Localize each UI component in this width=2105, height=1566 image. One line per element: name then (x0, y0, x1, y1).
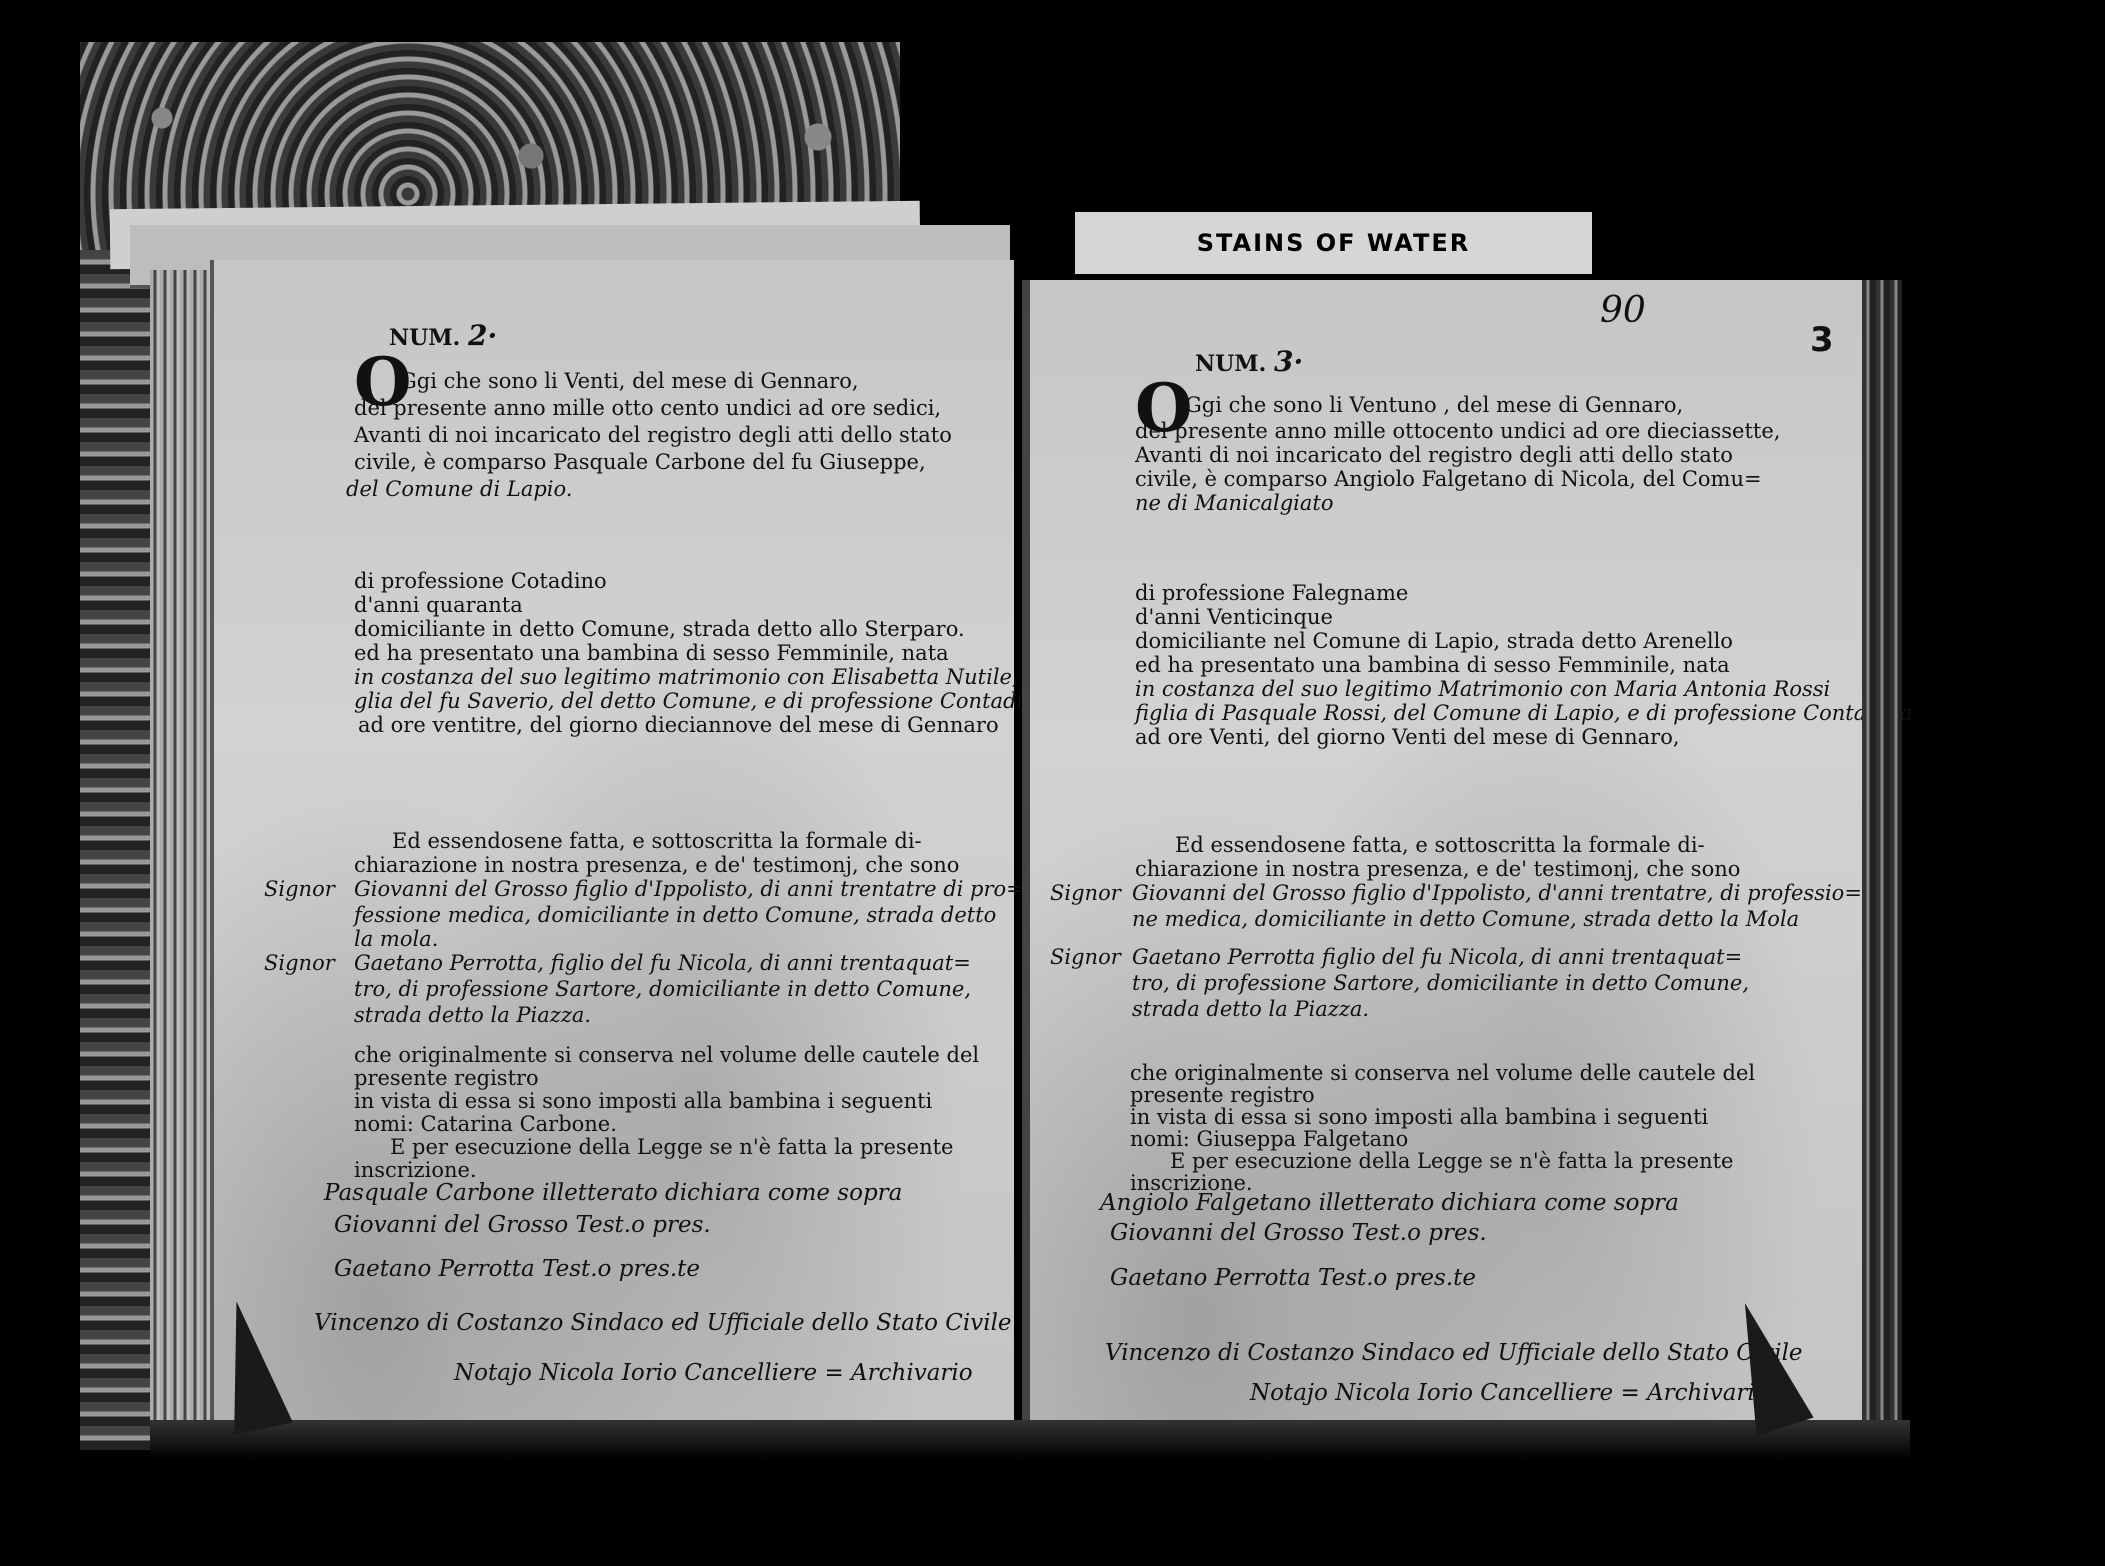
witness-2-line-2: tro, di professione Sartore, domiciliant… (354, 976, 971, 1003)
signature-witness-1: Giovanni del Grosso Test.o pres. (334, 1212, 711, 1239)
witness-1-line-1: Giovanni del Grosso figlio d'Ippolisto, … (1132, 880, 1862, 907)
opening-line-3: Avanti di noi incaricato del registro de… (354, 422, 952, 449)
opening-line-1: Ggi che sono li Venti, del mese di Genna… (400, 368, 859, 395)
stains-of-water-label: STAINS OF WATER (1075, 212, 1592, 274)
witness-2-line-3: strada detto la Piazza. (354, 1002, 591, 1029)
profession-line-5: in costanza del suo legitimo Matrimonio … (1135, 676, 1830, 703)
folio-number: 90 (1600, 290, 1646, 331)
witness-2-line-3: strada detto la Piazza. (1132, 996, 1369, 1023)
signature-declarant: Pasquale Carbone illetterato dichiara co… (324, 1180, 902, 1207)
page-number: 3 (1810, 320, 1834, 360)
opening-line-3: Avanti di noi incaricato del registro de… (1135, 442, 1733, 469)
signature-witness-2: Gaetano Perrotta Test.o pres.te (1110, 1265, 1476, 1292)
signor-label-1: Signor (264, 876, 335, 903)
signature-mayor: Vincenzo di Costanzo Sindaco ed Ufficial… (314, 1310, 1012, 1337)
profession-line-3: domiciliante nel Comune di Lapio, strada… (1135, 628, 1733, 655)
profession-line-6: figlia di Pasquale Rossi, del Comune di … (1135, 700, 1912, 727)
declaration-line-2: chiarazione in nostra presenza, e de' te… (354, 852, 959, 879)
profession-line-2: d'anni Venticinque (1135, 604, 1333, 631)
opening-line-4: civile, è comparso Pasquale Carbone del … (354, 449, 926, 476)
witness-2-line-2: tro, di professione Sartore, domiciliant… (1132, 970, 1749, 997)
opening-line-5: del Comune di Lapio. (346, 476, 572, 503)
signor-label-1: Signor (1050, 880, 1121, 907)
opening-line-4: civile, è comparso Angiolo Falgetano di … (1135, 466, 1762, 493)
profession-line-1: di professione Cotadino (354, 568, 607, 595)
record-number: NUM. 3· (1195, 348, 1303, 378)
witness-1-line-3: la mola. (354, 926, 438, 953)
signor-label-2: Signor (264, 950, 335, 977)
num-value: 3· (1274, 345, 1303, 378)
num-label: NUM. (1195, 351, 1266, 377)
right-page-stack-edge (1862, 280, 1902, 1430)
opening-line-5: ne di Manicalgiato (1135, 490, 1334, 517)
opening-line-1: Ggi che sono li Ventuno , del mese di Ge… (1185, 392, 1683, 419)
declaration-line-1: Ed essendosene fatta, e sottoscritta la … (392, 828, 922, 855)
profession-line-7: ad ore ventitre, del giorno dieciannove … (358, 712, 999, 739)
declaration-line-1: Ed essendosene fatta, e sottoscritta la … (1175, 832, 1705, 859)
profession-line-3: domiciliante in detto Comune, strada det… (354, 616, 965, 643)
marbled-cover-edge (80, 250, 150, 1450)
left-page: NUM. 2· O Ggi che sono li Venti, del mes… (210, 260, 1014, 1420)
num-value: 2· (468, 319, 497, 352)
profession-line-6: glia del fu Saverio, del detto Comune, e… (354, 688, 1056, 715)
opening-line-2: del presente anno mille otto cento undic… (354, 395, 941, 422)
profession-line-2: d'anni quaranta (354, 592, 523, 619)
profession-line-4: ed ha presentato una bambina di sesso Fe… (354, 640, 949, 667)
profession-line-7: ad ore Venti, del giorno Venti del mese … (1135, 724, 1680, 751)
book-bottom-shadow (150, 1420, 1910, 1460)
closing-line-5: E per esecuzione della Legge se n'è fatt… (1170, 1148, 1733, 1175)
signature-witness-2: Gaetano Perrotta Test.o pres.te (334, 1256, 700, 1283)
right-page: 90 3 NUM. 3· O Ggi che sono li Ventuno ,… (1022, 280, 1870, 1430)
signor-label-2: Signor (1050, 944, 1121, 971)
signature-declarant: Angiolo Falgetano illetterato dichiara c… (1100, 1190, 1679, 1217)
signature-chancellor: Notajo Nicola Iorio Cancelliere = Archiv… (454, 1360, 973, 1387)
opening-line-2: del presente anno mille ottocento undici… (1135, 418, 1780, 445)
signature-witness-1: Giovanni del Grosso Test.o pres. (1110, 1220, 1487, 1247)
profession-line-4: ed ha presentato una bambina di sesso Fe… (1135, 652, 1730, 679)
witness-1-line-2: ne medica, domiciliante in detto Comune,… (1132, 906, 1799, 933)
witness-1-line-1: Giovanni del Grosso figlio d'Ippolisto, … (354, 876, 1024, 903)
declaration-line-2: chiarazione in nostra presenza, e de' te… (1135, 856, 1740, 883)
profession-line-1: di professione Falegname (1135, 580, 1408, 607)
witness-2-line-1: Gaetano Perrotta figlio del fu Nicola, d… (1132, 944, 1742, 971)
profession-line-5: in costanza del suo legitimo matrimonio … (354, 664, 1057, 691)
witness-1-line-2: fessione medica, domiciliante in detto C… (354, 902, 996, 929)
left-page-stack-edge (150, 270, 210, 1420)
signature-mayor: Vincenzo di Costanzo Sindaco ed Ufficial… (1105, 1340, 1803, 1367)
witness-2-line-1: Gaetano Perrotta, figlio del fu Nicola, … (354, 950, 971, 977)
signature-chancellor: Notajo Nicola Iorio Cancelliere = Archiv… (1250, 1380, 1769, 1407)
